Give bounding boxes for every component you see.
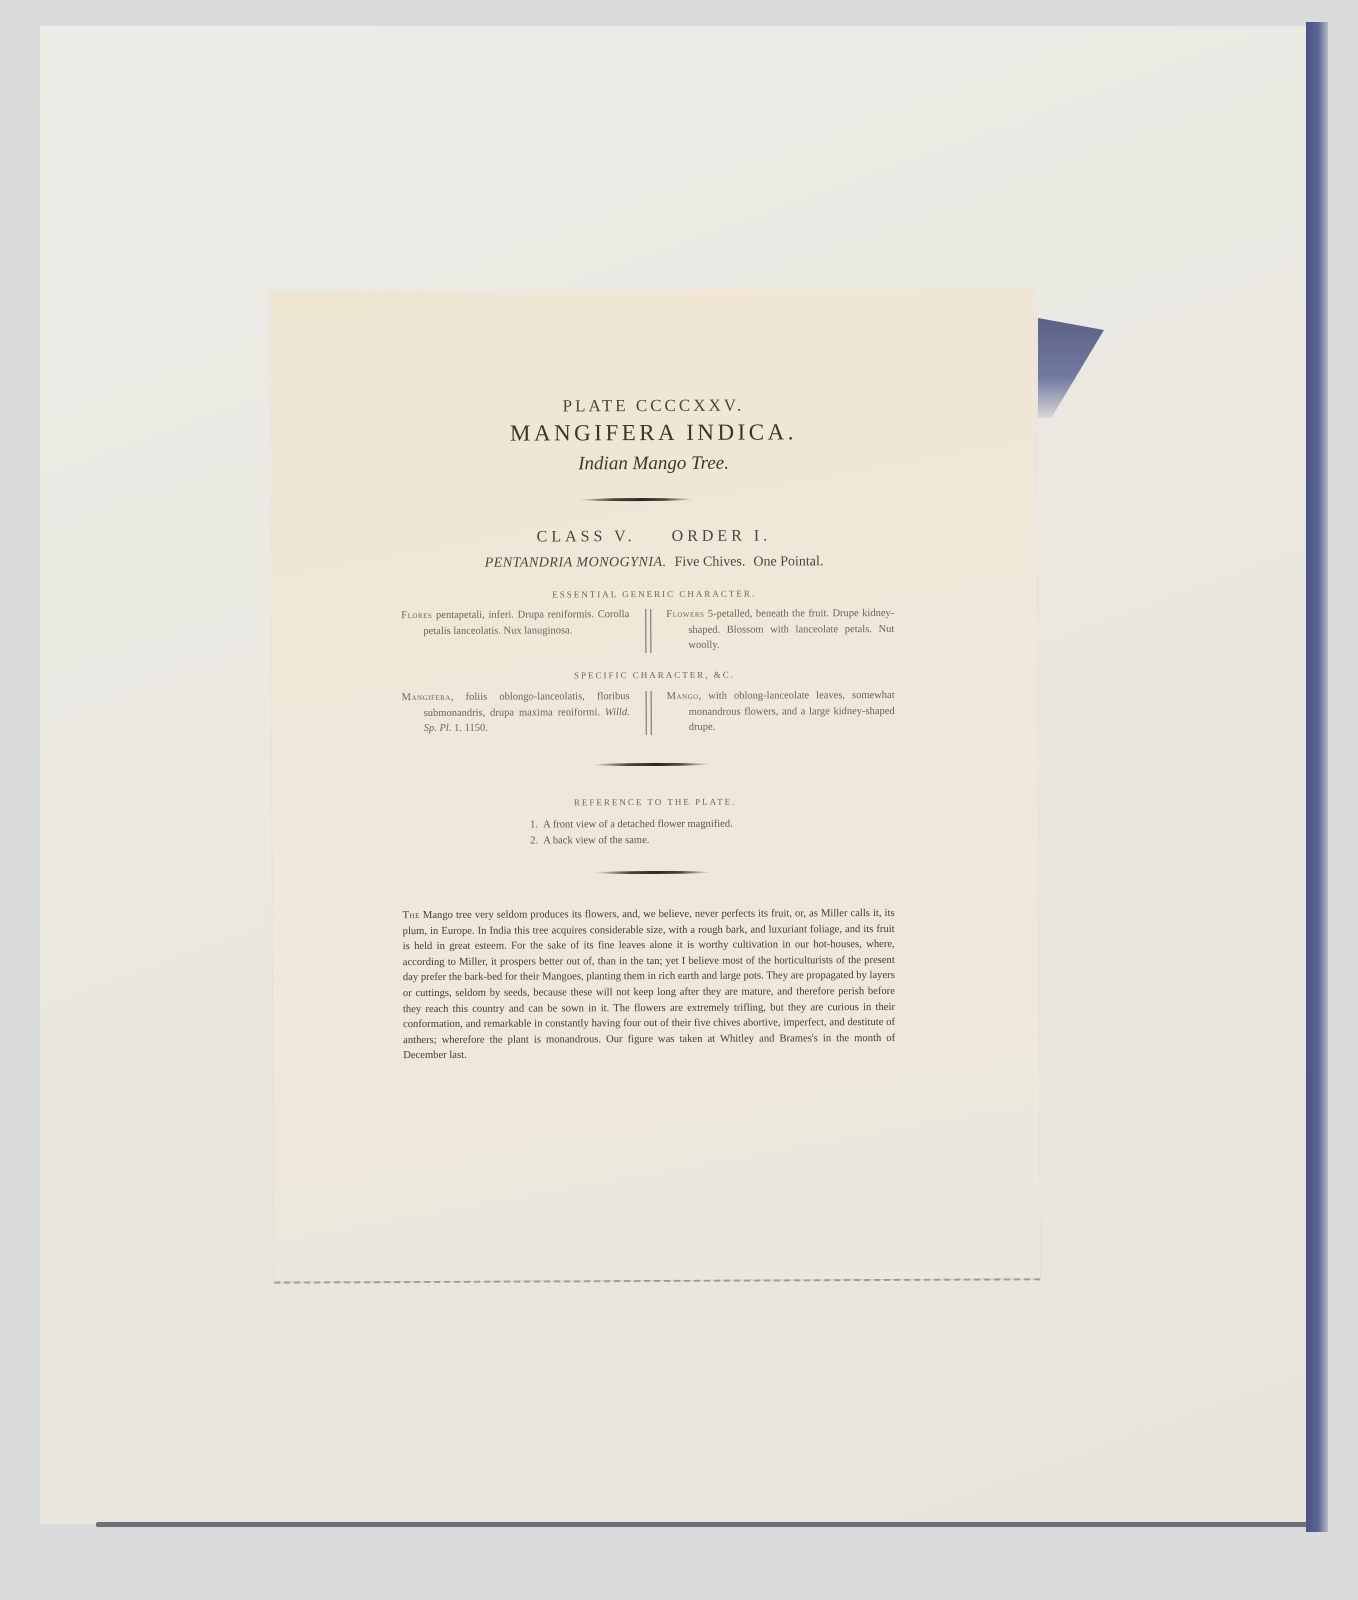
latin-text: pentapetali, inferi. Drupa reniformis. C…: [423, 609, 629, 636]
ornamental-rule: [579, 498, 693, 501]
latin-text: , foliis oblongo-lanceolatis, floribus s…: [424, 691, 630, 718]
linnaean-english-1: Five Chives.: [675, 555, 746, 570]
essential-english-column: Flowers 5-petalled, beneath the fruit. D…: [666, 606, 894, 653]
linnaean-classification: PENTANDRIA MONOGYNIA.Five Chives.One Poi…: [271, 553, 1037, 572]
section-heading-essential: Essential Generic Character.: [271, 587, 1037, 600]
order-label: ORDER I.: [672, 527, 772, 544]
reference-item: 2.A back view of the same.: [530, 832, 810, 849]
reference-item: 1.A front view of a detached flower magn…: [530, 816, 810, 833]
specific-character-columns: Mangifera, foliis oblongo-lanceolatis, f…: [402, 688, 897, 748]
essential-latin-column: Flores pentapetali, inferi. Drupa renifo…: [401, 607, 629, 639]
plate-number: PLATE CCCCXXV.: [270, 394, 1036, 417]
page-title: MANGIFERA INDICA.: [270, 418, 1036, 447]
latin-lead-word: Flores: [401, 610, 432, 621]
section-heading-reference: Reference to the Plate.: [272, 795, 1038, 808]
plate-text-page: PLATE CCCCXXV. MANGIFERA INDICA. Indian …: [270, 288, 1040, 1281]
class-order-heading: CLASS V.ORDER I.: [271, 526, 1037, 547]
section-heading-specific: Specific Character, &c.: [272, 668, 1038, 681]
specific-latin-column: Mangifera, foliis oblongo-lanceolatis, f…: [402, 689, 630, 736]
description-lead-word: The: [403, 910, 420, 921]
essential-character-columns: Flores pentapetali, inferi. Drupa renifo…: [401, 606, 896, 666]
class-label: CLASS V.: [537, 528, 636, 545]
page-subtitle: Indian Mango Tree.: [271, 451, 1037, 476]
ornamental-rule: [594, 871, 710, 875]
latin-lead-word: Mangifera: [402, 692, 451, 703]
english-lead-word: Mango: [667, 691, 699, 702]
ornamental-rule: [592, 763, 710, 767]
board-shadow-bottom: [96, 1522, 1308, 1527]
specific-english-column: Mango, with oblong-lanceolate leaves, so…: [667, 688, 895, 735]
english-text: 5-petalled, beneath the fruit. Drupe kid…: [688, 608, 894, 651]
description-text: Mango tree very seldom produces its flow…: [403, 908, 896, 1061]
reference-list: 1.A front view of a detached flower magn…: [530, 816, 810, 848]
english-text: , with oblong-lanceolate leaves, somewha…: [689, 690, 895, 733]
english-lead-word: Flowers: [666, 609, 704, 620]
description-paragraph: The Mango tree very seldom produces its …: [403, 906, 896, 1064]
board-shadow-right: [1306, 22, 1328, 1532]
column-divider: [645, 609, 651, 653]
linnaean-latin: PENTANDRIA MONOGYNIA.: [485, 555, 667, 571]
column-divider: [646, 691, 652, 735]
latin-reference-number: 1. 1150.: [451, 723, 487, 734]
linnaean-english-2: One Pointal.: [753, 554, 823, 569]
